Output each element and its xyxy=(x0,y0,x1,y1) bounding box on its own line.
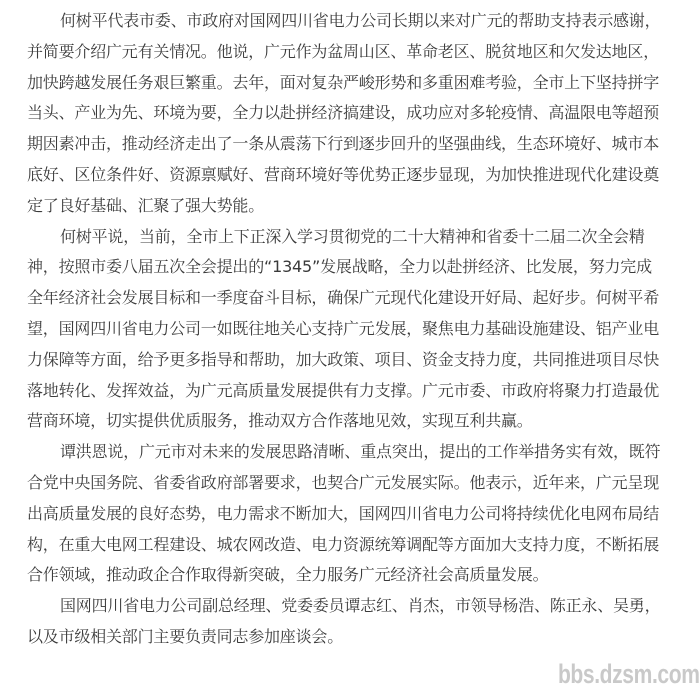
paragraph-line: 并简要介绍广元有关情况。他说，广元作为盆周山区、革命老区、脱贫地区和欠发达地区， xyxy=(27,37,677,68)
paragraph-line: 全年经济社会发展目标和一季度奋斗目标，确保广元现代化建设开好局、起好步。何树平希 xyxy=(27,283,677,314)
paragraph-line: 出高质量发展的良好态势，电力需求不断加大，国网四川省电力公司将持续优化电网布局结 xyxy=(27,499,677,530)
paragraph-line: 期因素冲击，推动经济走出了一条从震荡下行到逐步回升的坚强曲线，生态环境好、城市本 xyxy=(27,129,677,160)
article-body: 何树平代表市委、市政府对国网四川省电力公司长期以来对广元的帮助支持表示感谢， 并… xyxy=(27,6,677,653)
paragraph-line: 谭洪恩说，广元市对未来的发展思路清晰、重点突出，提出的工作举措务实有效，既符 xyxy=(27,437,677,468)
paragraph-line: 合作领域，推动政企合作取得新突破，全力服务广元经济社会高质量发展。 xyxy=(27,560,677,591)
paragraph-line: 底好、区位条件好、资源禀赋好、营商环境好等优势正逐步显现，为加快推进现代化建设奠 xyxy=(27,160,677,191)
paragraph-line: 神，按照市委八届五次全会提出的“1345”发展战略，全力以赴拼经济、比发展，努力… xyxy=(27,252,677,283)
paragraph-line: 力保障等方面，给予更多指导和帮助，加大政策、项目、资金支持力度，共同推进项目尽快 xyxy=(27,345,677,376)
site-watermark: bbs.dzsm.com xyxy=(558,659,700,690)
paragraph-2: 何树平说，当前，全市上下正深入学习贯彻党的二十大精神和省委十二届二次全会精 神，… xyxy=(27,222,677,438)
paragraph-line: 望，国网四川省电力公司一如既往地关心支持广元发展，聚焦电力基础设施建设、铝产业电 xyxy=(27,314,677,345)
paragraph-line: 定了良好基础、汇聚了强大势能。 xyxy=(27,191,677,222)
paragraph-line: 何树平代表市委、市政府对国网四川省电力公司长期以来对广元的帮助支持表示感谢， xyxy=(27,6,677,37)
paragraph-line: 合党中央国务院、省委省政府部署要求，也契合广元发展实际。他表示，近年来，广元呈现 xyxy=(27,468,677,499)
paragraph-line: 落地转化、发挥效益，为广元高质量发展提供有力支撑。广元市委、市政府将聚力打造最优 xyxy=(27,376,677,407)
paragraph-line: 构，在重大电网工程建设、城农网改造、电力资源统筹调配等方面加大支持力度，不断拓展 xyxy=(27,530,677,561)
paragraph-4: 国网四川省电力公司副总经理、党委委员谭志红、肖杰，市领导杨浩、陈正永、吴勇， 以… xyxy=(27,591,677,653)
paragraph-line: 营商环境，切实提供优质服务，推动双方合作落地见效，实现互利共赢。 xyxy=(27,406,677,437)
paragraph-line: 何树平说，当前，全市上下正深入学习贯彻党的二十大精神和省委十二届二次全会精 xyxy=(27,222,677,253)
paragraph-3: 谭洪恩说，广元市对未来的发展思路清晰、重点突出，提出的工作举措务实有效，既符 合… xyxy=(27,437,677,591)
paragraph-1: 何树平代表市委、市政府对国网四川省电力公司长期以来对广元的帮助支持表示感谢， 并… xyxy=(27,6,677,222)
paragraph-line: 当头、产业为先、环境为要，全力以赴拼经济搞建设，成功应对多轮疫情、高温限电等超预 xyxy=(27,98,677,129)
paragraph-line: 以及市级相关部门主要负责同志参加座谈会。 xyxy=(27,622,677,653)
paragraph-line: 加快跨越发展任务艰巨繁重。去年，面对复杂严峻形势和多重困难考验，全市上下坚持拼字 xyxy=(27,68,677,99)
paragraph-line: 国网四川省电力公司副总经理、党委委员谭志红、肖杰，市领导杨浩、陈正永、吴勇， xyxy=(27,591,677,622)
